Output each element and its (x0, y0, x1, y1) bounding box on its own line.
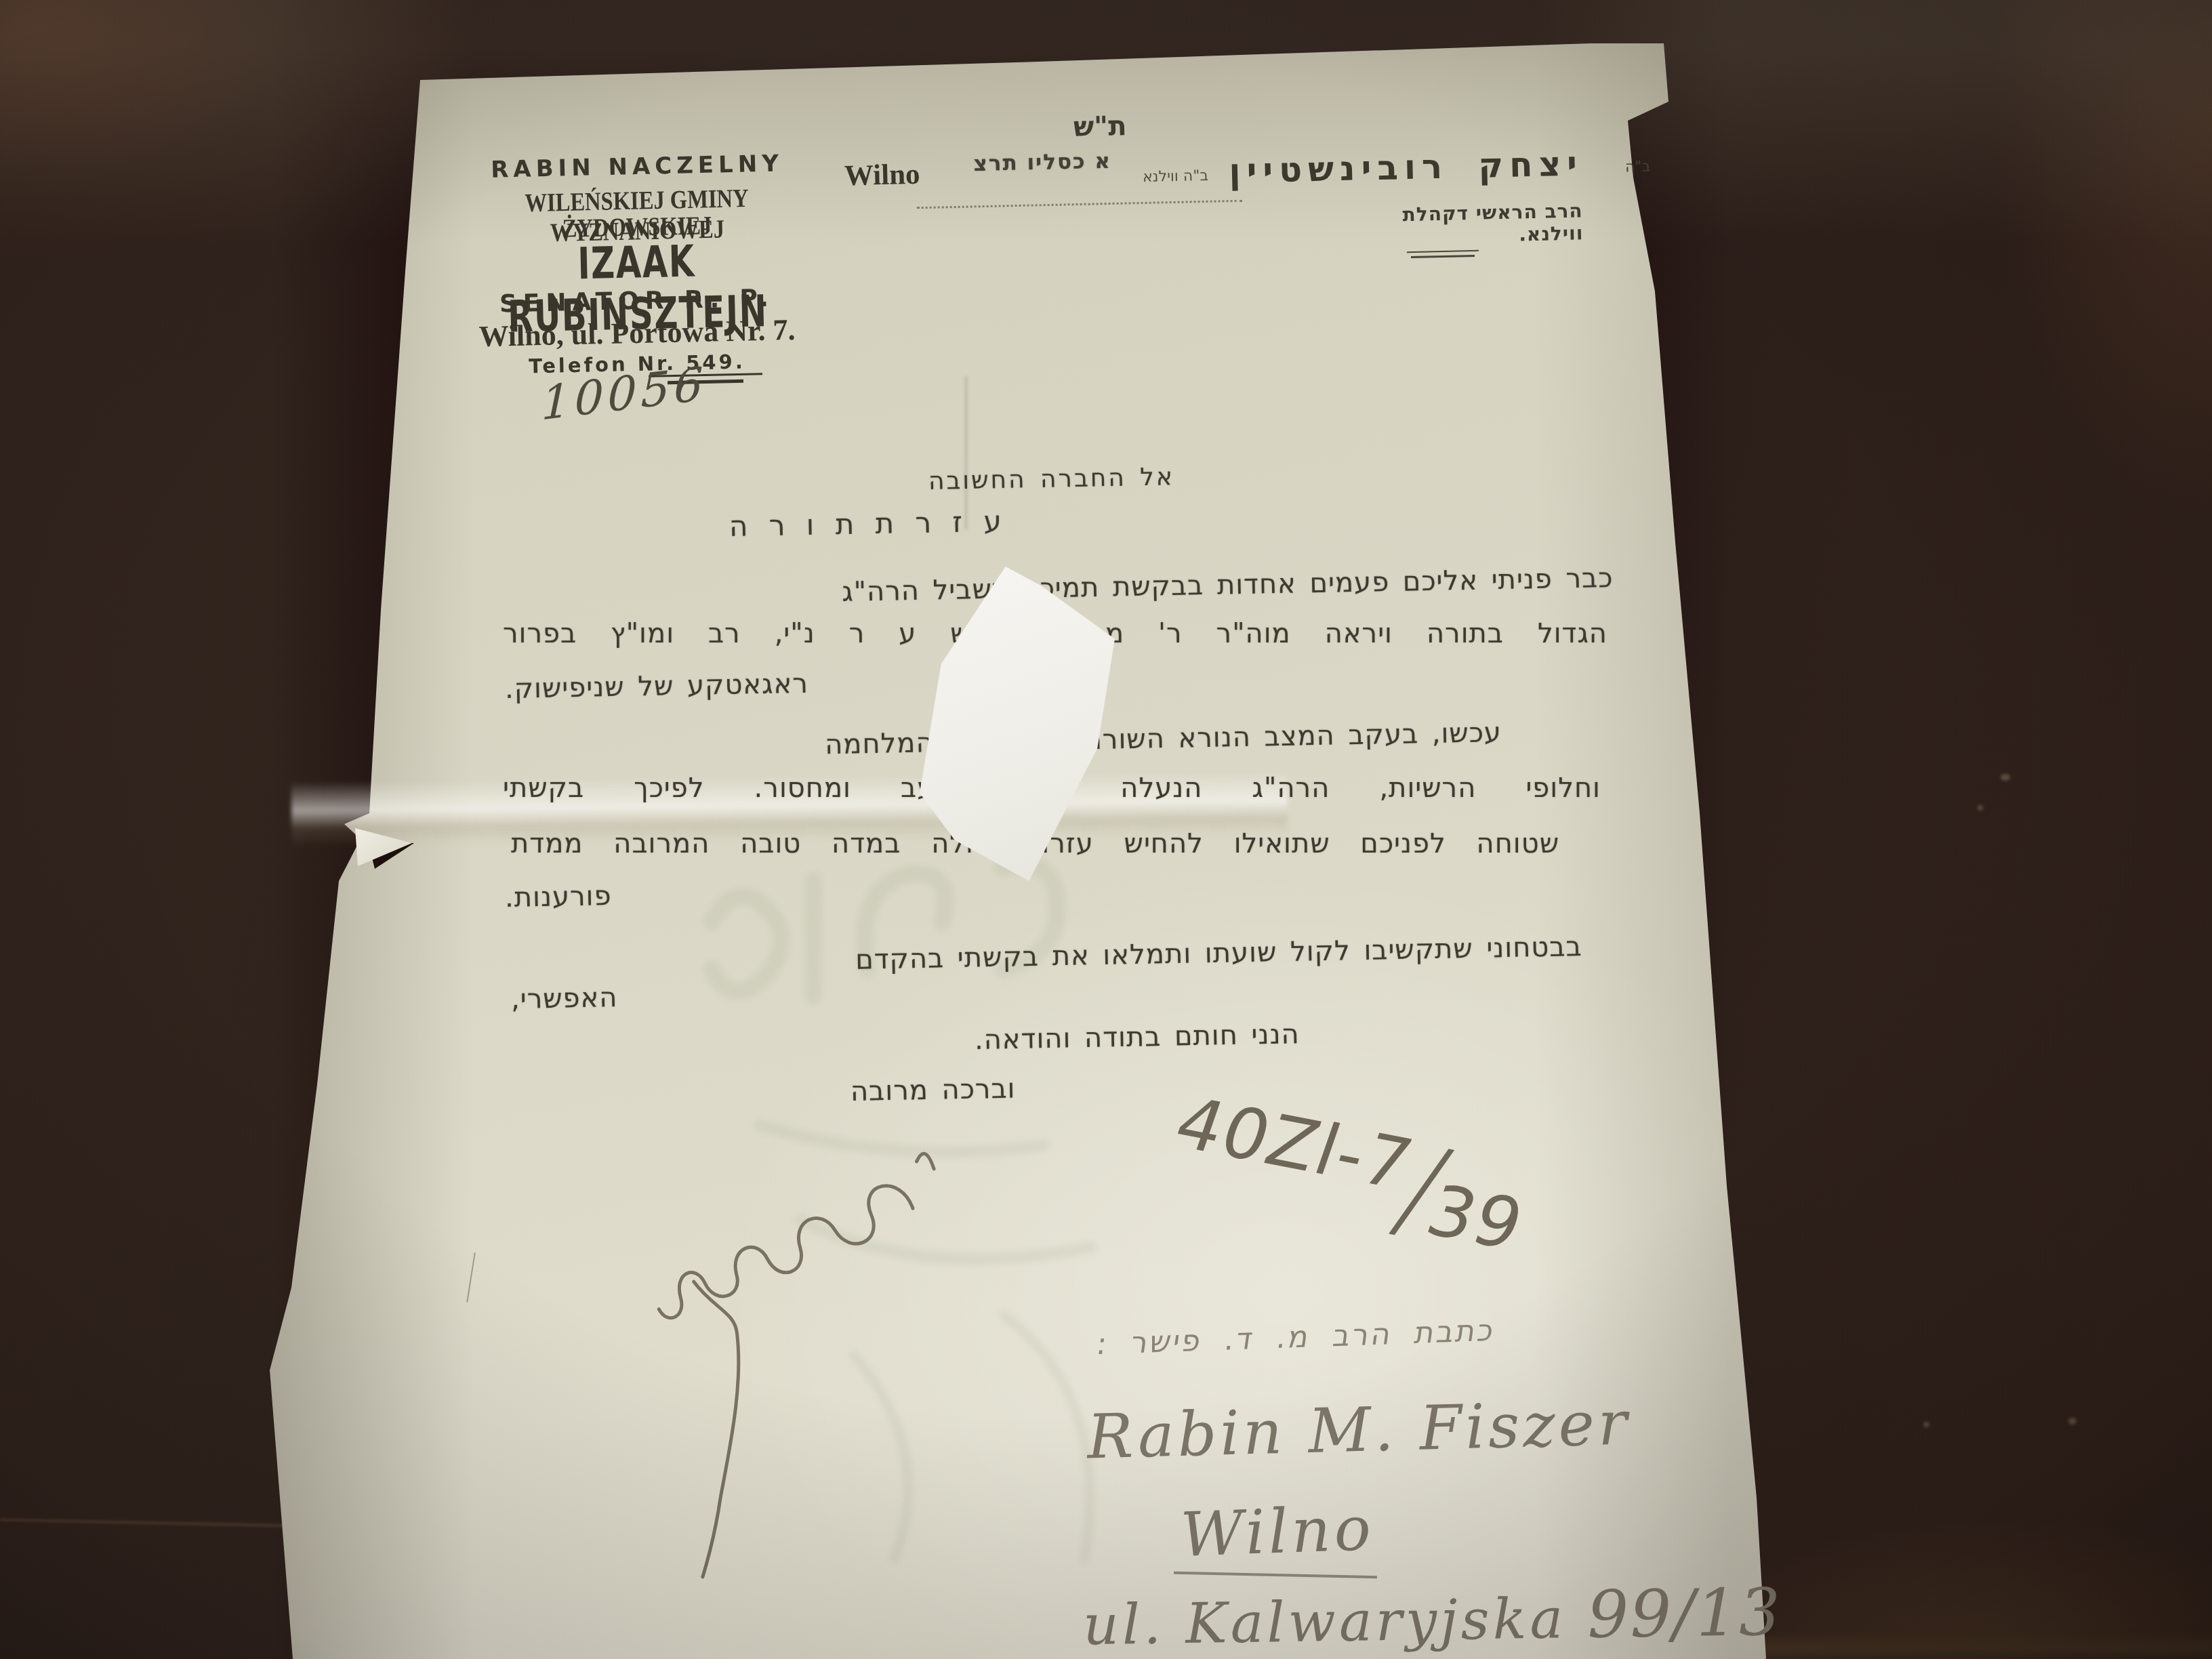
body-p2-line4: פורענות. (505, 880, 612, 914)
closing-line2: האפשרי, (511, 982, 618, 1015)
table-front-edge-highlight (1721, 1632, 2212, 1659)
letterhead-bh: ב"ה (1625, 159, 1651, 176)
table-speck (2001, 774, 2010, 781)
dateline-date-stamp: א כסליו תרצ (962, 149, 1112, 177)
dateline-year-above: ת"ש (1073, 110, 1127, 143)
dateline-city-label: Wilno (844, 158, 920, 192)
table-speck (1923, 1422, 1929, 1427)
address-rabbi-name: Rabin M. Fiszer (1086, 1388, 1631, 1473)
address-city: Wilno (1179, 1493, 1375, 1571)
recipient-name: ע ז ר ת ת ו ר ה (729, 505, 1006, 543)
letterhead-hebrew-name: יצחק רובינשטיין (1227, 144, 1583, 190)
table-speck (1978, 805, 1983, 811)
body-p1-line3: ראגאטקע של שניפישוק. (505, 668, 809, 705)
dateline-bh-city: ב"ה ווילנא (1143, 167, 1209, 186)
recipient-salutation: אל החברה החשובה (928, 463, 1174, 495)
house-number: 99/13 (1587, 1574, 1782, 1653)
photo-of-letter: { "letterhead_left": { "org_line1": "RAB… (0, 0, 2212, 1659)
letterhead-hebrew-title: הרב הראשי דקהלת ווילנא. (1355, 199, 1583, 249)
street-name: ul. Kalwaryjska (1082, 1586, 1566, 1658)
address-street: ul. Kalwaryjska 99/13 (1082, 1574, 1782, 1659)
table-speck (2068, 1418, 2076, 1425)
closing-line4: וברכה מרובה (851, 1073, 1016, 1107)
closing-line3: הנני חותם בתודה והודאה. (975, 1019, 1300, 1056)
signature-scribble (611, 1097, 1042, 1586)
